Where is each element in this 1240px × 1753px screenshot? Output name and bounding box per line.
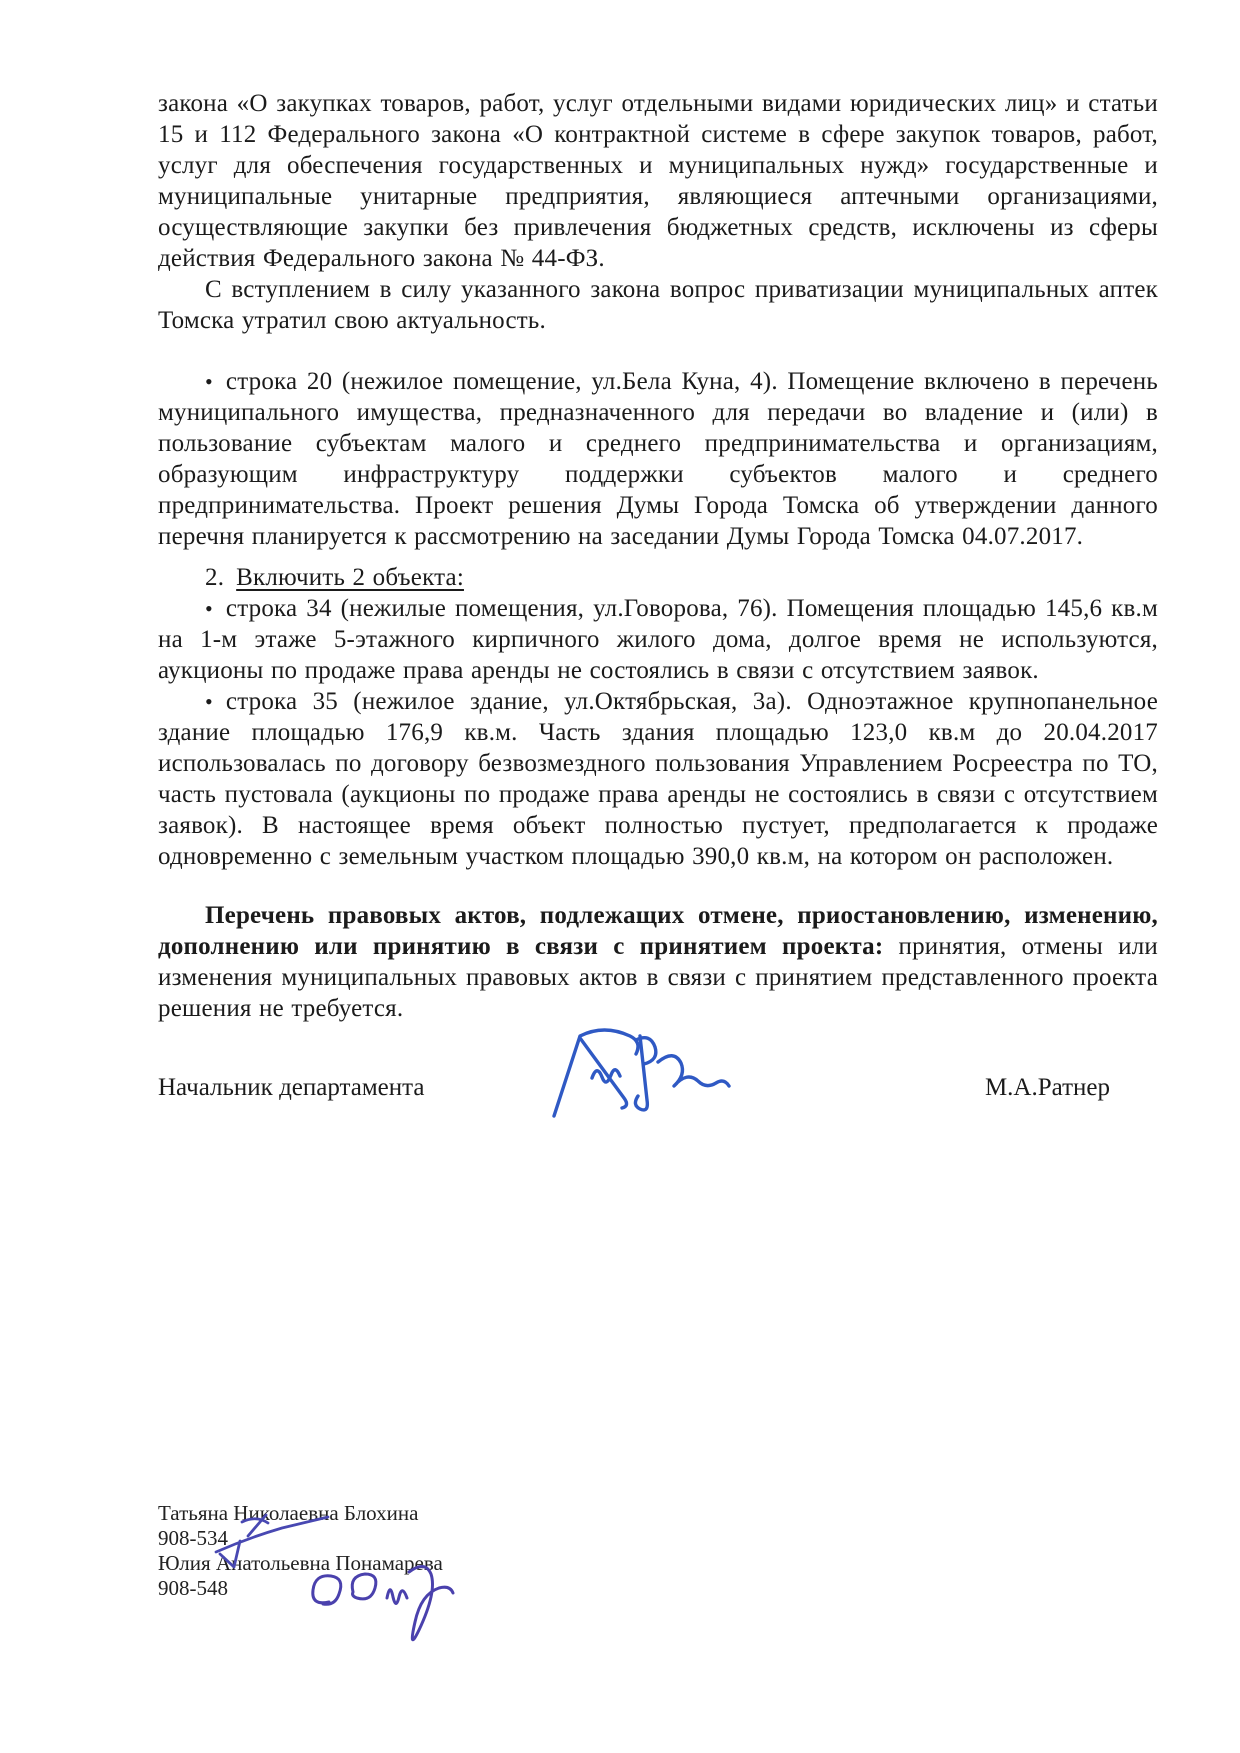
- contact-phone: 908-548: [158, 1576, 1158, 1601]
- contact-phone: 908-534: [158, 1526, 1158, 1551]
- heading-include-objects: 2.Включить 2 объекта:: [158, 562, 1158, 593]
- heading-text: Включить 2 объекта:: [236, 564, 464, 591]
- bullet-item-row20: •строка 20 (нежилое помещение, ул.Бела К…: [158, 366, 1158, 552]
- bullet-item-row35-text: строка 35 (нежилое здание, ул.Октябрьска…: [158, 688, 1158, 870]
- bullet-item-row20-text: строка 20 (нежилое помещение, ул.Бела Ку…: [158, 368, 1158, 550]
- contact-name: Татьяна Николаевна Блохина: [158, 1501, 1158, 1526]
- bullet-icon: •: [205, 689, 213, 714]
- document-page: закона «О закупках товаров, работ, услуг…: [0, 0, 1240, 1753]
- signature-row: Начальник департамента М.А.Ратнер: [158, 1072, 1158, 1103]
- paragraph-legal-acts: Перечень правовых актов, подлежащих отме…: [158, 900, 1158, 1024]
- bullet-item-row34-text: строка 34 (нежилые помещения, ул.Говоров…: [158, 595, 1158, 684]
- paragraph-law-effect: С вступлением в силу указанного закона в…: [158, 274, 1158, 336]
- heading-number: 2.: [205, 564, 224, 591]
- paragraph-law-exclusion: закона «О закупках товаров, работ, услуг…: [158, 88, 1158, 274]
- bullet-icon: •: [205, 596, 213, 621]
- signer-name: М.А.Ратнер: [985, 1072, 1110, 1103]
- signer-position: Начальник департамента: [158, 1072, 424, 1103]
- contact-name: Юлия Анатольевна Понамарева: [158, 1551, 1158, 1576]
- contacts-block: Татьяна Николаевна Блохина 908-534 Юлия …: [158, 1501, 1158, 1601]
- bullet-item-row35: •строка 35 (нежилое здание, ул.Октябрьск…: [158, 686, 1158, 872]
- bullet-item-row34: •строка 34 (нежилые помещения, ул.Говоро…: [158, 593, 1158, 686]
- bullet-icon: •: [205, 369, 213, 394]
